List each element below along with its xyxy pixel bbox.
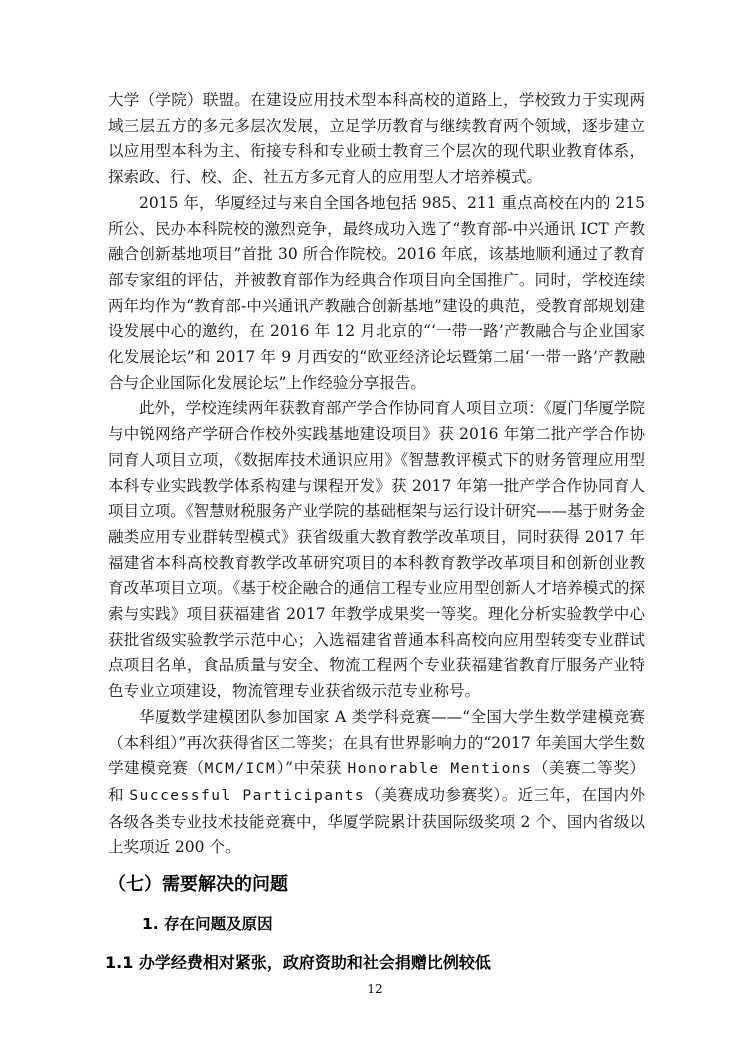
subsection-heading: 1. 存在问题及原因	[142, 914, 645, 935]
body-paragraph: 华厦数学建模团队参加国家 A 类学科竞赛——“全国大学生数学建模竞赛（本科组）”…	[108, 705, 645, 861]
page-number: 12	[0, 982, 750, 996]
body-paragraph: 2015 年，华厦经过与来自全国各地包括 985、211 重点高校在内的 215…	[108, 191, 645, 397]
subsubsection-heading: 1.1 办学经费相对紧张，政府资助和社会捐赠比例较低	[105, 952, 645, 974]
body-paragraph: 大学（学院）联盟。在建设应用技术型本科高校的道路上，学校致力于实现两域三层五方的…	[108, 88, 645, 191]
page-body: 大学（学院）联盟。在建设应用技术型本科高校的道路上，学校致力于实现两域三层五方的…	[108, 88, 645, 974]
document-page: 大学（学院）联盟。在建设应用技术型本科高校的道路上，学校致力于实现两域三层五方的…	[0, 0, 750, 1061]
body-paragraph: 此外，学校连续两年获教育部产学合作协同育人项目立项：《厦门华厦学院与中锐网络产学…	[108, 396, 645, 704]
section-heading: （七）需要解决的问题	[108, 873, 645, 897]
